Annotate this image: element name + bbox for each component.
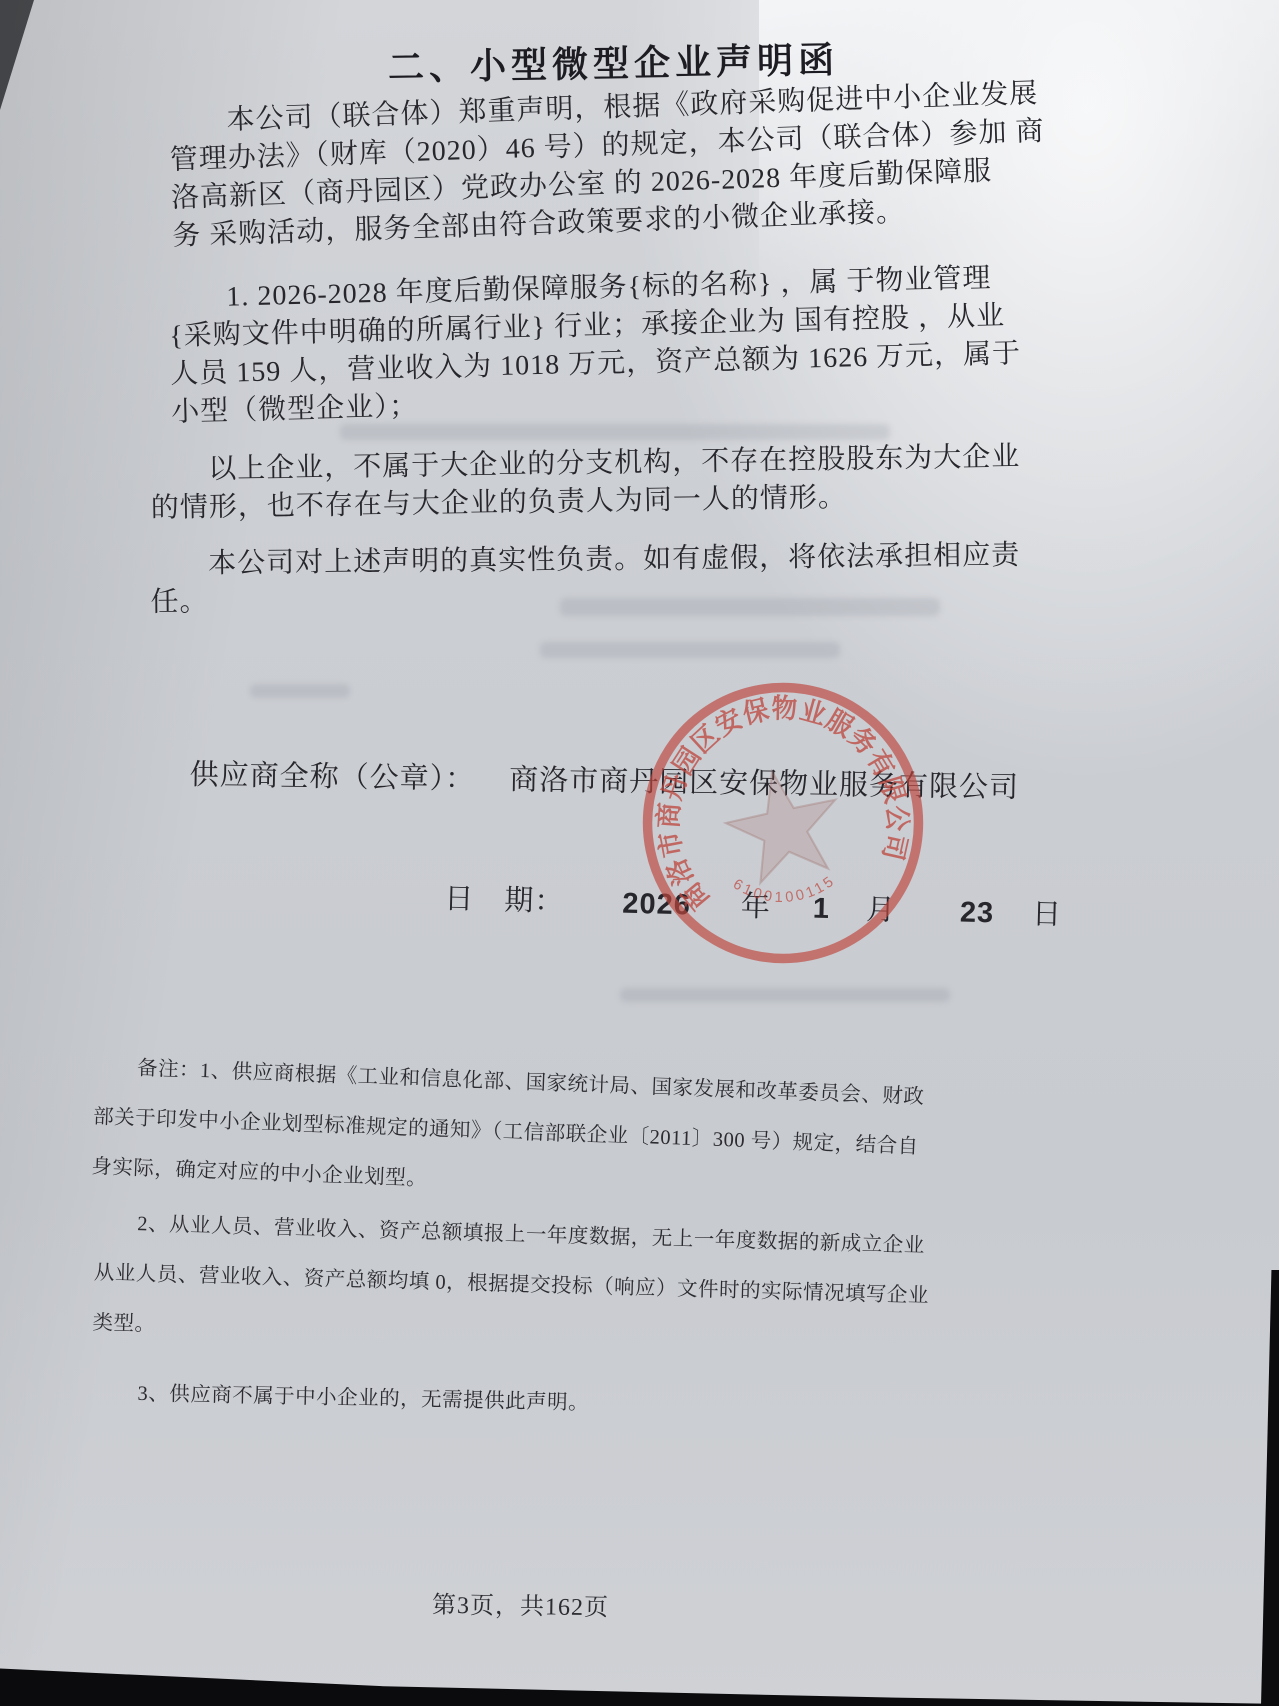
text-line: 3、供应商不属于中小企业的，无需提供此声明。 xyxy=(95,1368,590,1428)
bleed-through-smudge xyxy=(540,642,840,658)
scanned-document-page: 二、小型微型企业声明函 本公司（联合体）郑重声明，根据《政府采购促进中小企业发展… xyxy=(0,0,1279,1706)
note-3: 3、供应商不属于中小企业的，无需提供此声明。 xyxy=(95,1368,590,1428)
bleed-through-smudge xyxy=(250,684,350,698)
page-number: 第3页，共162页 xyxy=(432,1585,610,1623)
note-2: 2、从业人员、营业收入、资产总额填报上一年度数据，无上一年度数据的新成立企业 从… xyxy=(92,1198,931,1371)
paragraph-declaration: 本公司（联合体）郑重声明，根据《政府采购促进中小企业发展 管理办法》（财库（20… xyxy=(168,75,1048,256)
paragraph-independence: 以上企业，不属于大企业的分支机构，不存在控股股东为大企业 的情形，也不存在与大企… xyxy=(150,438,1021,528)
document-title: 二、小型微型企业声明函 xyxy=(388,32,840,91)
date-label: 日 期： xyxy=(444,883,565,918)
bleed-through-smudge xyxy=(340,424,890,440)
date-day-unit: 日 xyxy=(1032,898,1063,931)
star-icon xyxy=(717,760,849,887)
photo-corner-shadow xyxy=(0,0,34,110)
note-1: 备注：1、供应商根据《工业和信息化部、国家统计局、国家发展和改革委员会、财政 部… xyxy=(91,1042,926,1222)
date-day: 23 xyxy=(960,896,995,929)
paragraph-enterprise-info: 1. 2026-2028 年度后勤保障服务{标的名称} ，属 于物业管理 {采购… xyxy=(168,259,1022,432)
paragraph-responsibility: 本公司对上述声明的真实性负责。如有虚假，将依法承担相应责 任。 xyxy=(150,537,1021,622)
supplier-label: 供应商全称（公章）： xyxy=(189,759,475,795)
photo-edge-right xyxy=(1261,1270,1279,1706)
official-seal: 商洛市商丹园区安保物业服务有限公司 6100100115 xyxy=(609,649,958,998)
photo-edge-bottom xyxy=(0,1654,1279,1706)
